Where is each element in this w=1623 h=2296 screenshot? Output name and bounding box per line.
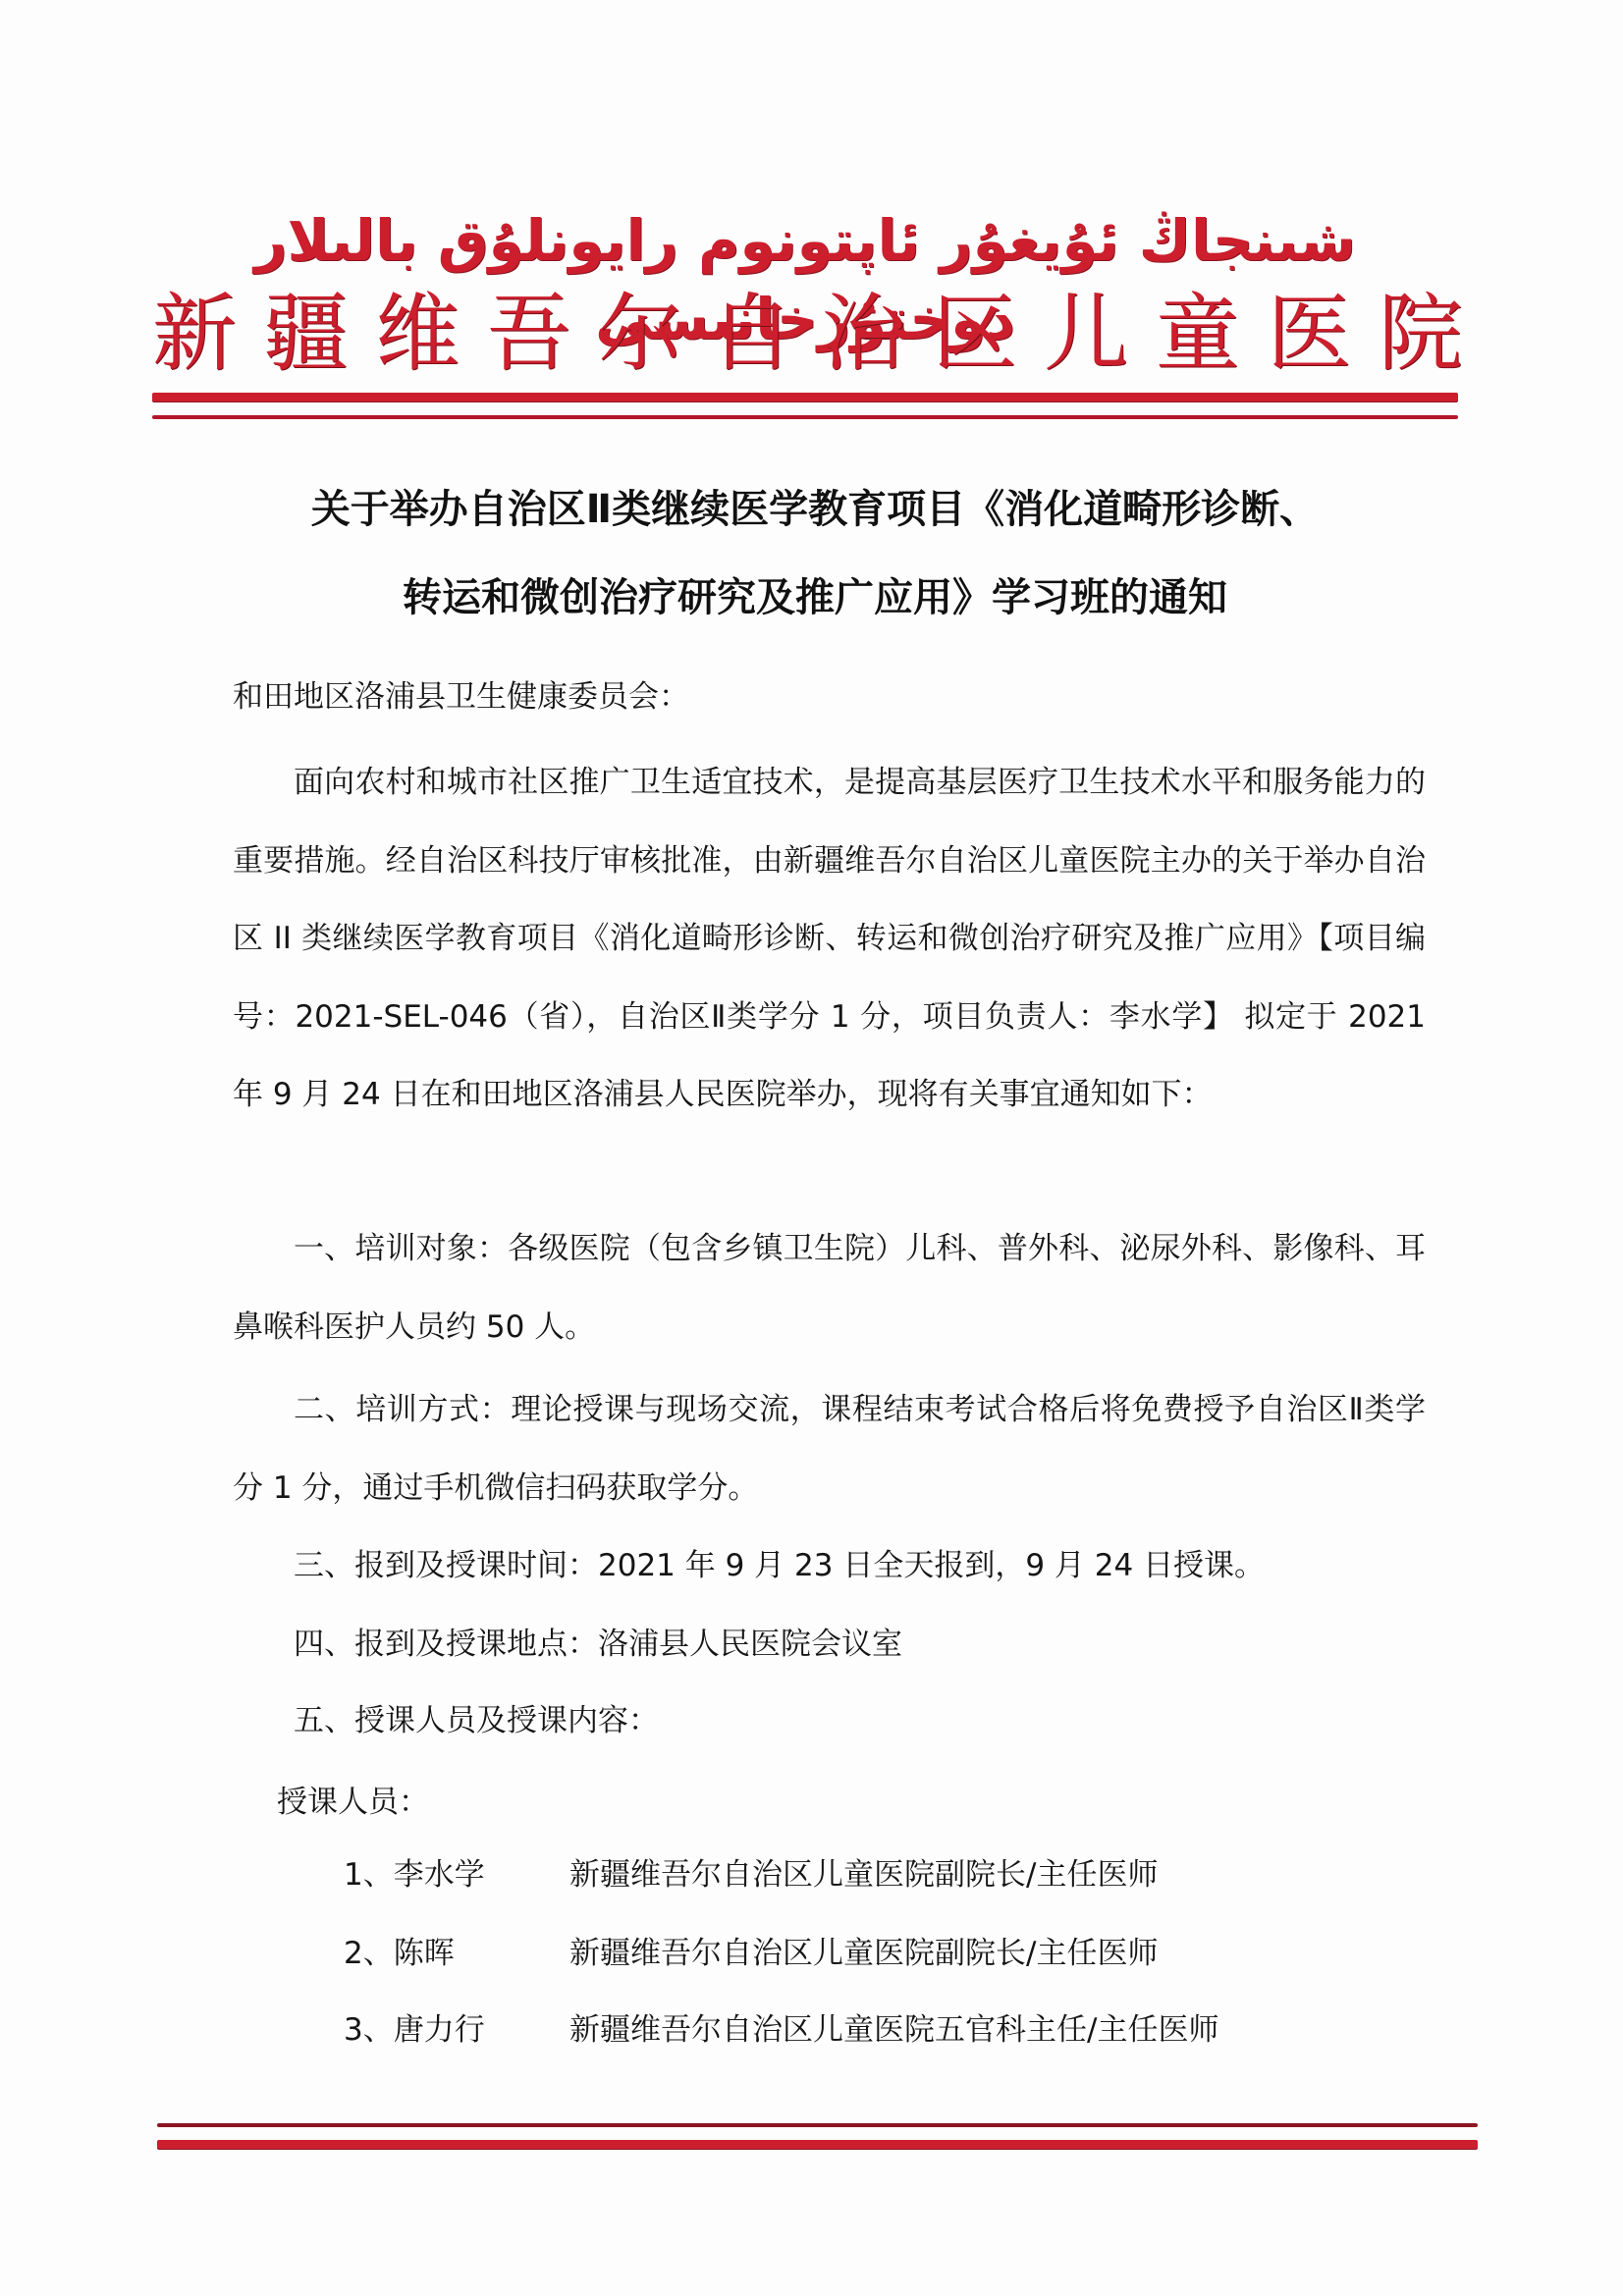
footer-rule-thin — [157, 2123, 1478, 2127]
document-title: 关于举办自治区Ⅱ类继续医学教育项目《消化道畸形诊断、 转运和微创治疗研究及推广应… — [147, 486, 1483, 663]
letterhead-chinese-name: 新 疆 维 吾 尔 自 治 区 儿 童 医 院 — [152, 285, 1463, 383]
item-label: 三、报到及授课时间： — [294, 1548, 598, 1583]
title-line-1: 关于举办自治区Ⅱ类继续医学教育项目《消化道畸形诊断、 — [147, 486, 1483, 574]
document-page: شىنجاڭ ئۇيغۇر ئاپتونوم رايونلۇق بالىلار … — [0, 0, 1623, 2296]
intro-paragraph: 面向农村和城市社区推广卫生适宜技术，是提高基层医疗卫生技术水平和服务能力的重要措… — [233, 744, 1426, 1135]
letterhead-char: 院 — [1379, 285, 1463, 383]
lecturer-row: 1、李水学 新疆维吾尔自治区儿童医院副院长/主任医师 — [344, 1849, 1158, 1894]
letterhead-char: 医 — [1267, 285, 1351, 383]
letterhead-char: 区 — [933, 285, 1017, 383]
lecturer-row: 2、陈晖 新疆维吾尔自治区儿童医院副院长/主任医师 — [344, 1928, 1158, 1972]
letterhead-char: 尔 — [598, 285, 682, 383]
footer-rule-thick — [157, 2140, 1478, 2149]
lecturer-row: 3、唐力行 新疆维吾尔自治区儿童医院五官科主任/主任医师 — [344, 2004, 1218, 2049]
title-line-2: 转运和微创治疗研究及推广应用》学习班的通知 — [147, 574, 1483, 663]
item-label: 四、报到及授课地点： — [294, 1627, 598, 1662]
item-label: 五、授课人员及授课内容： — [294, 1703, 659, 1738]
letterhead-char: 新 — [152, 285, 237, 383]
item-label: 二、培训方式： — [294, 1392, 511, 1427]
lecturer-role: 新疆维吾尔自治区儿童医院五官科主任/主任医师 — [569, 2004, 1218, 2049]
letterhead-char: 疆 — [264, 285, 349, 383]
letterhead-char: 吾 — [487, 285, 571, 383]
item-schedule: 三、报到及授课时间：2021 年 9 月 23 日全天报到，9 月 24 日授课… — [233, 1527, 1426, 1606]
letterhead-char: 维 — [375, 285, 460, 383]
lecturer-role: 新疆维吾尔自治区儿童医院副院长/主任医师 — [569, 1849, 1158, 1894]
lecturer-name-text: 李水学 — [394, 1857, 485, 1893]
letterhead-char: 自 — [710, 285, 794, 383]
item-training-method: 二、培训方式：理论授课与现场交流，课程结束考试合格后将免费授予自治区Ⅱ类学分 1… — [233, 1371, 1426, 1527]
lecturer-index: 3、 — [344, 2012, 394, 2048]
header-rule-thin — [152, 415, 1458, 419]
item-location: 四、报到及授课地点：洛浦县人民医院会议室 — [233, 1606, 1426, 1684]
lecturer-name: 3、唐力行 — [344, 2004, 569, 2049]
item-text: 洛浦县人民医院会议室 — [598, 1627, 902, 1662]
letterhead-char: 治 — [821, 285, 905, 383]
lecturers-label: 授课人员： — [277, 1777, 429, 1821]
item-training-target: 一、培训对象：各级医院（包含乡镇卫生院）儿科、普外科、泌尿外科、影像科、耳鼻喉科… — [233, 1210, 1426, 1366]
item-label: 一、培训对象： — [294, 1231, 508, 1266]
lecturer-name: 2、陈晖 — [344, 1928, 569, 1972]
lecturer-name: 1、李水学 — [344, 1849, 569, 1894]
letterhead-char: 童 — [1156, 285, 1240, 383]
item-text: 2021 年 9 月 23 日全天报到，9 月 24 日授课。 — [598, 1548, 1265, 1583]
lecturer-name-text: 陈晖 — [394, 1936, 455, 1971]
item-lecturers-content: 五、授课人员及授课内容： — [233, 1682, 1426, 1761]
salutation: 和田地区洛浦县卫生健康委员会： — [233, 677, 1426, 717]
letterhead-char: 儿 — [1044, 285, 1128, 383]
lecturer-index: 2、 — [344, 1936, 394, 1971]
lecturer-role: 新疆维吾尔自治区儿童医院副院长/主任医师 — [569, 1928, 1158, 1972]
lecturer-index: 1、 — [344, 1857, 394, 1893]
header-rule-thick — [152, 393, 1458, 401]
lecturer-name-text: 唐力行 — [394, 2012, 485, 2048]
